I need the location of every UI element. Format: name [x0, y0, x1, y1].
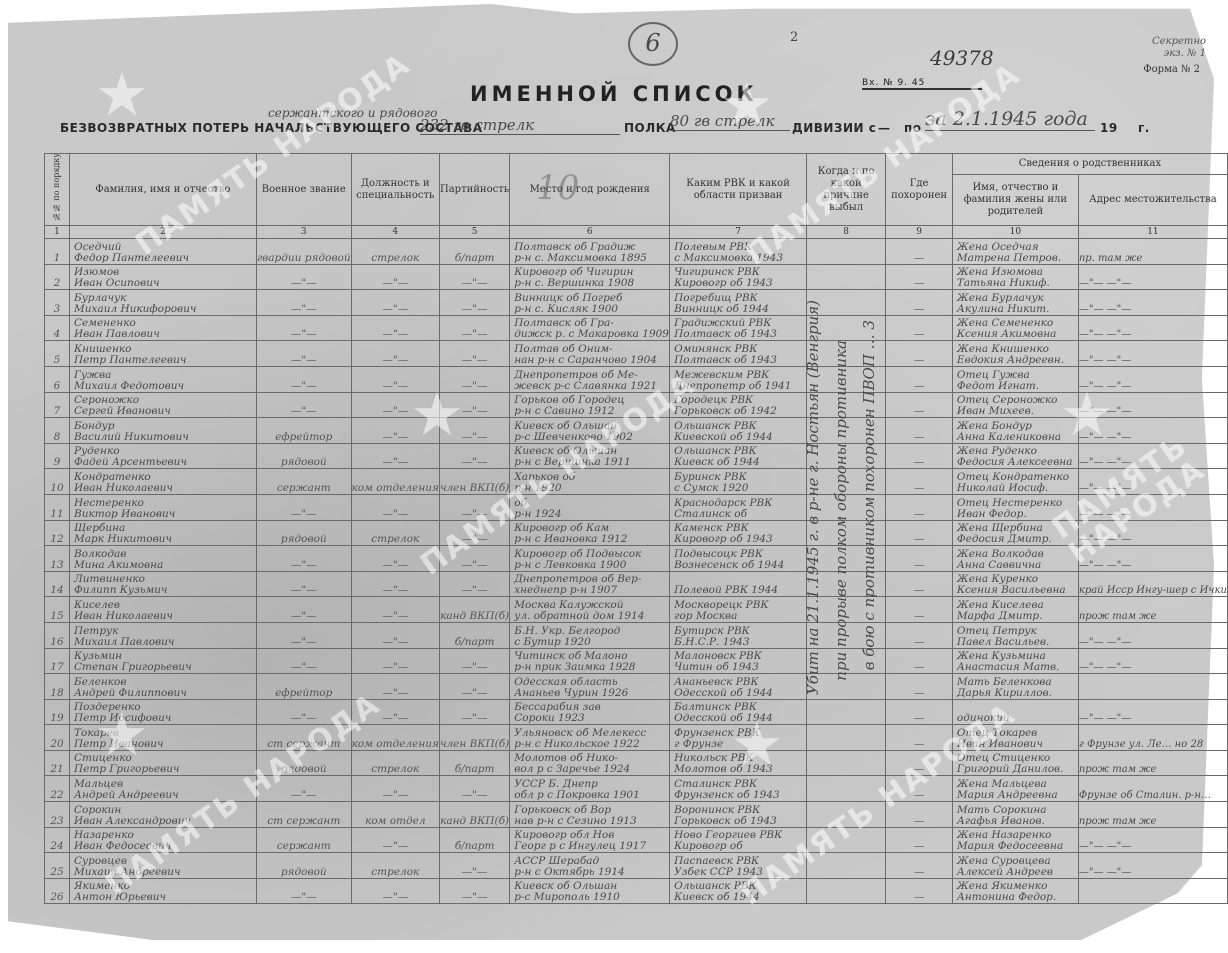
- col-header-birth: Место и год рождения: [510, 154, 670, 226]
- regiment-value: 232 гв стрелк: [420, 116, 620, 135]
- cell-rank: —"—: [256, 494, 351, 520]
- relative-line-2: Григорий Данилов.: [953, 764, 1078, 775]
- cell-number: 4: [45, 315, 70, 341]
- table-row: 26ЯкименкоАнтон Юрьевич—"——"——"—Киевск о…: [45, 878, 1228, 904]
- cell-number: 12: [45, 520, 70, 546]
- cell-party: —"—: [439, 571, 509, 597]
- col-num: 5: [439, 226, 509, 239]
- column-8-rotated-note: Убит на 21.1.1945 г. в р-не г. Ностьян (…: [800, 300, 890, 860]
- cell-number: 10: [45, 469, 70, 495]
- cell-position: ком отделения: [351, 469, 439, 495]
- cell-rvk: Чигиринск РВККировогр об 1943: [670, 264, 807, 290]
- cell-birth: УССР Б. Днепробл р с Покровка 1901: [510, 776, 670, 802]
- rvk-line-2: Кировогр об 1943: [670, 278, 806, 289]
- relative-line-2: Агафья Иванов.: [953, 816, 1078, 827]
- relative-line-2: Анастасия Матв.: [953, 662, 1078, 673]
- relative-line-2: Дарья Кириллов.: [953, 688, 1078, 699]
- rvk-line-2: Фрунзенск об 1943: [670, 790, 806, 801]
- cell-birth: Киевск об Ольшанр-с Мирополь 1910: [510, 878, 670, 904]
- cell-rank: —"—: [256, 546, 351, 572]
- cell-relative: Жена МальцеваМария Андреевна: [952, 776, 1078, 802]
- cell-party: —"—: [439, 264, 509, 290]
- cell-address: —"— —"—: [1078, 341, 1227, 367]
- relative-line-1: Отец Гужва: [953, 370, 1078, 381]
- birth-line-1: Горьковск об Вор: [510, 805, 669, 816]
- cell-address: край Исср Ингу-шер с Ички: [1078, 571, 1227, 597]
- cell-rvk: Подвысоцк РВКВознесенск об 1944: [670, 546, 807, 572]
- relative-line-2: Акулина Никит.: [953, 304, 1078, 315]
- secret-mark-line-1: Секретно: [1152, 36, 1206, 48]
- cell-position: —"—: [351, 290, 439, 316]
- cell-number: 8: [45, 418, 70, 444]
- table-row: 4СемененкоИван Павлович—"——"——"—Полтавск…: [45, 315, 1228, 341]
- cell-rvk: Воронинск РВКГорьковск об 1943: [670, 802, 807, 828]
- birth-line-2: р-с Мирополь 1910: [510, 892, 669, 903]
- secret-mark-line-2: экз. № 1: [1152, 48, 1206, 60]
- col-num: 6: [510, 226, 670, 239]
- cell-when-why: [807, 878, 886, 904]
- cell-birth: Б.Н. Укр. Белгородс Бутир 1920: [510, 622, 670, 648]
- relative-line-1: Мать Сорокина: [953, 805, 1078, 816]
- cell-address: —"— —"—: [1078, 264, 1227, 290]
- division-label: ДИВИЗИИ с: [792, 121, 876, 135]
- cell-party: канд ВКП(б): [439, 802, 509, 828]
- rvk-line-2: гор Москва: [670, 611, 806, 622]
- table-row: 3БурлачукМихаил Никифорович—"——"——"—Винн…: [45, 290, 1228, 316]
- cell-party: б/парт: [439, 750, 509, 776]
- rvk-line-1: Бутирск РВК: [670, 626, 806, 637]
- cell-position: —"—: [351, 264, 439, 290]
- cell-rank: сержант: [256, 827, 351, 853]
- given-name: Василий Никитович: [70, 432, 256, 443]
- table-row: 25СуровцевМихаил Андреевичрядовойстрелок…: [45, 853, 1228, 879]
- given-name: Иван Павлович: [70, 329, 256, 340]
- cell-rvk: Полевой РВК 1944: [670, 571, 807, 597]
- cell-relative: Жена КуренкоКсения Васильевна: [952, 571, 1078, 597]
- surname: Нестеренко: [70, 498, 256, 509]
- cell-rvk: Краснодарск РВКСталинск об: [670, 494, 807, 520]
- surname: Петрук: [70, 626, 256, 637]
- cell-party: —"—: [439, 341, 509, 367]
- cell-rvk: Ольшанск РВККиевск об 1944: [670, 443, 807, 469]
- col-num: 4: [351, 226, 439, 239]
- cell-party: член ВКП(б): [439, 725, 509, 751]
- given-name: Иван Николаевич: [70, 611, 256, 622]
- cell-rank: —"—: [256, 597, 351, 623]
- cell-rank: —"—: [256, 571, 351, 597]
- relative-line-2: Антонина Федор.: [953, 892, 1078, 903]
- cell-rank: —"—: [256, 392, 351, 418]
- secret-mark: Секретно экз. № 1: [1152, 36, 1206, 60]
- birth-line-2: дижск р. с Макаровка 1909: [510, 329, 669, 340]
- col-num: 9: [886, 226, 953, 239]
- table-row: 15КиселевИван Николаевич—"——"—канд ВКП(б…: [45, 597, 1228, 623]
- cell-birth: Горьковск об Ворнав р-н с Сезино 1913: [510, 802, 670, 828]
- cell-rvk: Ольшанск РВККиевской об 1944: [670, 418, 807, 444]
- birth-line-2: хнеднепр р-н 1907: [510, 585, 669, 596]
- cell-name: ГужваМихаил Федотович: [70, 366, 257, 392]
- cell-address: [1078, 878, 1227, 904]
- cell-rank: —"—: [256, 878, 351, 904]
- cell-name: РуденкоФадей Арсентьевич: [70, 443, 257, 469]
- col-num: 1: [45, 226, 70, 239]
- cell-party: —"—: [439, 699, 509, 725]
- birth-line-2: р-н с Левковка 1900: [510, 560, 669, 571]
- cell-position: —"—: [351, 571, 439, 597]
- watermark-star-icon: ★: [1060, 380, 1114, 450]
- cell-rank: —"—: [256, 648, 351, 674]
- given-name: Фадей Арсентьевич: [70, 457, 256, 468]
- cell-party: —"—: [439, 674, 509, 700]
- cell-number: 20: [45, 725, 70, 751]
- rvk-line-2: Читин об 1943: [670, 662, 806, 673]
- cell-relative: Жена СемененкоКсения Акимовна: [952, 315, 1078, 341]
- cell-position: —"—: [351, 341, 439, 367]
- watermark-star-icon: ★: [95, 60, 149, 130]
- cell-name: БеленковАндрей Филиппович: [70, 674, 257, 700]
- cell-rank: —"—: [256, 290, 351, 316]
- cell-position: —"—: [351, 597, 439, 623]
- cell-rank: рядовой: [256, 520, 351, 546]
- cell-buried: —: [886, 264, 953, 290]
- cell-position: —"—: [351, 878, 439, 904]
- cell-number: 17: [45, 648, 70, 674]
- cell-birth: Днепропетров об Ме-жевск р-с Славянка 19…: [510, 366, 670, 392]
- cell-position: стрелок: [351, 750, 439, 776]
- table-row: 14ЛитвиненкоФилипп Кузьмич—"——"——"—Днепр…: [45, 571, 1228, 597]
- cell-birth: Ульяновск об Мелекесср-н с Никольское 19…: [510, 725, 670, 751]
- cell-buried: —: [886, 878, 953, 904]
- cell-rvk: Бутирск РВКБ.Н.С.Р. 1943: [670, 622, 807, 648]
- cell-rank: ефрейтор: [256, 418, 351, 444]
- birth-line-2: Сороки 1923: [510, 713, 669, 724]
- cell-address: пр. там же: [1078, 239, 1227, 265]
- table-row: 5КнишенкоПетр Пантелеевич—"——"——"—Полтав…: [45, 341, 1228, 367]
- table-row: 1ОседчийФедор Пантелеевичгвардии рядовой…: [45, 239, 1228, 265]
- birth-line-2: р-н с. Кисляк 1900: [510, 304, 669, 315]
- birth-line-1: Б.Н. Укр. Белгород: [510, 626, 669, 637]
- note-line-1: Убит на 21.1.1945 г. в р-не г. Ностьян (…: [804, 300, 822, 695]
- cell-birth: Полтав об Оним-нан р-н с Саранчово 1904: [510, 341, 670, 367]
- table-row: 19ПоздеренкоПетр Иосифович—"——"——"—Бесса…: [45, 699, 1228, 725]
- given-name: Михаил Федотович: [70, 381, 256, 392]
- relative-line-2: Татьяна Никиф.: [953, 278, 1078, 289]
- cell-number: 22: [45, 776, 70, 802]
- page-circle-number: 6: [628, 22, 678, 66]
- relative-line-1: Отец Нестеренко: [953, 498, 1078, 509]
- cell-party: —"—: [439, 853, 509, 879]
- birth-line-1: Полтавск об Градиж: [510, 242, 669, 253]
- birth-line-2: жевск р-с Славянка 1921: [510, 381, 669, 392]
- table-row: 6ГужваМихаил Федотович—"——"——"—Днепропет…: [45, 366, 1228, 392]
- cell-buried: —: [886, 853, 953, 879]
- given-name: Андрей Филиппович: [70, 688, 256, 699]
- rvk-line-2: Горьковск об 1943: [670, 816, 806, 827]
- cell-number: 19: [45, 699, 70, 725]
- cell-name: БурлачукМихаил Никифорович: [70, 290, 257, 316]
- document-number: 49378: [930, 46, 994, 70]
- cell-buried: —: [886, 699, 953, 725]
- given-name: Виктор Иванович: [70, 509, 256, 520]
- cell-relative: Жена КнишенкоЕвдокия Андреевн.: [952, 341, 1078, 367]
- cell-buried: —: [886, 469, 953, 495]
- cell-rvk: Малоновск РВКЧитин об 1943: [670, 648, 807, 674]
- cell-address: [1078, 674, 1227, 700]
- rvk-line-2: Киевск об 1944: [670, 892, 806, 903]
- relative-line-2: Николай Иосиф.: [953, 483, 1078, 494]
- cell-birth: Москва Калужскойул. обратной дом 1914: [510, 597, 670, 623]
- cell-buried: —: [886, 239, 953, 265]
- cell-number: 21: [45, 750, 70, 776]
- col-header-relative-name: Имя, отчество и фамилия жены или родител…: [952, 175, 1078, 226]
- cell-rank: ст сержант: [256, 802, 351, 828]
- cell-relative: Жена БурлачукАкулина Никит.: [952, 290, 1078, 316]
- cell-birth: АССР Шерабадр-н с Октябрь 1914: [510, 853, 670, 879]
- cell-rvk: Оминянск РВКПолтавск об 1943: [670, 341, 807, 367]
- cell-buried: —: [886, 392, 953, 418]
- cell-birth: Кировогр об Камр-н с Ивановка 1912: [510, 520, 670, 546]
- cell-birth: Полтавск об Градижр-н с. Максимовка 1895: [510, 239, 670, 265]
- rvk-line-2: с Сумск 1920: [670, 483, 806, 494]
- cell-position: ком отдел: [351, 802, 439, 828]
- birth-line-2: нан р-н с Саранчово 1904: [510, 355, 669, 366]
- cell-address: прож там же: [1078, 597, 1227, 623]
- birth-line-2: нав р-н с Сезино 1913: [510, 816, 669, 827]
- cell-name: СемененкоИван Павлович: [70, 315, 257, 341]
- col-header-number: №№ по порядку: [45, 154, 70, 226]
- rvk-line-2: Киевской об 1944: [670, 432, 806, 443]
- cell-position: —"—: [351, 776, 439, 802]
- cell-relative: Отец ПетрукПавел Васильев.: [952, 622, 1078, 648]
- cell-buried: —: [886, 443, 953, 469]
- given-name: Федор Пантелеевич: [70, 253, 256, 264]
- cell-party: —"—: [439, 878, 509, 904]
- rvk-line-1: Краснодарск РВК: [670, 498, 806, 509]
- cell-address: —"— —"—: [1078, 315, 1227, 341]
- cell-address: —"— —"—: [1078, 290, 1227, 316]
- cell-buried: —: [886, 290, 953, 316]
- cell-position: —"—: [351, 827, 439, 853]
- table-row: 16ПетрукМихаил Павлович—"——"—б/партБ.Н. …: [45, 622, 1228, 648]
- table-row: 10КондратенкоИван Николаевичсержантком о…: [45, 469, 1228, 495]
- cell-name: НестеренкоВиктор Иванович: [70, 494, 257, 520]
- cell-birth: Кировогр обл НовГеорг р с Ингулец 1917: [510, 827, 670, 853]
- cell-relative: Жена СуровцеваАлексей Андреев: [952, 853, 1078, 879]
- cell-name: ПетрукМихаил Павлович: [70, 622, 257, 648]
- watermark-star-icon: ★: [95, 700, 149, 770]
- birth-line-2: вол р с Заречье 1924: [510, 764, 669, 775]
- cell-number: 18: [45, 674, 70, 700]
- cell-relative: Мать СорокинаАгафья Иванов.: [952, 802, 1078, 828]
- cell-birth: Кировогр об Подвысокр-н с Левковка 1900: [510, 546, 670, 572]
- cell-position: —"—: [351, 494, 439, 520]
- cell-buried: —: [886, 571, 953, 597]
- cell-number: 24: [45, 827, 70, 853]
- given-name: Филипп Кузьмич: [70, 585, 256, 596]
- relative-line-2: Алексей Андреев: [953, 867, 1078, 878]
- cell-party: канд ВКП(б): [439, 597, 509, 623]
- regiment-label: ПОЛКА: [624, 121, 676, 135]
- given-name: Иван Осипович: [70, 278, 256, 289]
- relative-line-2: Ксения Васильевна: [953, 585, 1078, 596]
- relative-line-2: Матрена Петров.: [953, 253, 1078, 264]
- rvk-line-2: Полтавск об 1943: [670, 355, 806, 366]
- cell-buried: —: [886, 622, 953, 648]
- cell-party: б/парт: [439, 239, 509, 265]
- cell-number: 16: [45, 622, 70, 648]
- table-row: 20ТокаревПетр Ивановичст сержантком отде…: [45, 725, 1228, 751]
- cell-buried: —: [886, 520, 953, 546]
- relative-line-2: Павел Васильев.: [953, 637, 1078, 648]
- cell-address: прож там же: [1078, 750, 1227, 776]
- cell-rank: —"—: [256, 315, 351, 341]
- cell-birth: Читинск об Малонор-н прик Заимка 1928: [510, 648, 670, 674]
- cell-name: ЯкименкоАнтон Юрьевич: [70, 878, 257, 904]
- birth-line-2: ул. обратной дом 1914: [510, 611, 669, 622]
- col-group-relatives: Сведения о родственниках: [952, 154, 1227, 175]
- cell-party: —"—: [439, 315, 509, 341]
- birth-line-2: р-н с. Максимовка 1895: [510, 253, 669, 264]
- cell-relative: Жена ИзюмоваТатьяна Никиф.: [952, 264, 1078, 290]
- date-from-value: —: [878, 121, 891, 135]
- year-suffix: г.: [1138, 121, 1150, 135]
- cell-rvk: Буринск РВКс Сумск 1920: [670, 469, 807, 495]
- cell-position: стрелок: [351, 853, 439, 879]
- cell-party: —"—: [439, 290, 509, 316]
- given-name: Михаил Никифорович: [70, 304, 256, 315]
- cell-rank: —"—: [256, 264, 351, 290]
- cell-when-why: [807, 239, 886, 265]
- watermark-star-icon: ★: [410, 380, 464, 450]
- year-label: 19: [1100, 121, 1118, 135]
- table-row: 18БеленковАндрей Филипповичефрейтор—"——"…: [45, 674, 1228, 700]
- watermark-star-icon: ★: [720, 70, 774, 140]
- relative-line-1: Отец Петрук: [953, 626, 1078, 637]
- cell-rank: ефрейтор: [256, 674, 351, 700]
- cell-birth: Кировогр об Чигиринр-н с. Вершинка 1908: [510, 264, 670, 290]
- page-number: 2: [790, 30, 798, 45]
- col-num: 11: [1078, 226, 1227, 239]
- cell-relative: Жена ЯкименкоАнтонина Федор.: [952, 878, 1078, 904]
- cell-relative: Жена КиселеваМарфа Дмитр.: [952, 597, 1078, 623]
- cell-rvk: Москворецк РВКгор Москва: [670, 597, 807, 623]
- cell-birth: Одесская областьАнаньев Чурин 1926: [510, 674, 670, 700]
- cell-relative: Отец КондратенкоНиколай Иосиф.: [952, 469, 1078, 495]
- cell-number: 9: [45, 443, 70, 469]
- cell-rank: сержант: [256, 469, 351, 495]
- rvk-line-2: Б.Н.С.Р. 1943: [670, 637, 806, 648]
- cell-party: —"—: [439, 776, 509, 802]
- relative-line-2: Евдокия Андреевн.: [953, 355, 1078, 366]
- cell-buried: —: [886, 546, 953, 572]
- cell-rank: рядовой: [256, 853, 351, 879]
- relative-line-2: Мария Федосеевна: [953, 841, 1078, 852]
- given-name: Сергей Иванович: [70, 406, 256, 417]
- given-name: Петр Пантелеевич: [70, 355, 256, 366]
- cell-rank: —"—: [256, 366, 351, 392]
- cell-number: 26: [45, 878, 70, 904]
- cell-address: —"— —"—: [1078, 827, 1227, 853]
- rvk-line-2: Сталинск об: [670, 509, 806, 520]
- cell-birth: Молотов об Нико-вол р с Заречье 1924: [510, 750, 670, 776]
- rvk-line-1: Воронинск РВК: [670, 805, 806, 816]
- birth-line-1: Днепропетров об Ме-: [510, 370, 669, 381]
- cell-rvk: Погребищ РВКВинницк об 1944: [670, 290, 807, 316]
- cell-position: стрелок: [351, 239, 439, 265]
- cell-buried: —: [886, 494, 953, 520]
- cell-name: КузьминСтепан Григорьевич: [70, 648, 257, 674]
- birth-line-2: р-н прик Заимка 1928: [510, 662, 669, 673]
- birth-line-2: обл р с Покровка 1901: [510, 790, 669, 801]
- cell-position: —"—: [351, 622, 439, 648]
- cell-address: —"— —"—: [1078, 648, 1227, 674]
- cell-name: ВолкодавМина Акимовна: [70, 546, 257, 572]
- given-name: Иван Николаевич: [70, 483, 256, 494]
- rvk-line-2: Одесской об 1944: [670, 688, 806, 699]
- cell-buried: —: [886, 315, 953, 341]
- col-header-address: Адрес местожительства: [1078, 175, 1227, 226]
- cell-position: —"—: [351, 648, 439, 674]
- cell-buried: —: [886, 418, 953, 444]
- cell-rank: —"—: [256, 341, 351, 367]
- col-header-position: Должность и специальность: [351, 154, 439, 226]
- cell-address: —"— —"—: [1078, 699, 1227, 725]
- note-line-3: в бою с противником похоронен ПВОП … 3: [860, 320, 878, 670]
- rvk-line-2: Винницк об 1944: [670, 304, 806, 315]
- form-number: Форма № 2: [1143, 64, 1200, 75]
- cell-party: б/парт: [439, 622, 509, 648]
- cell-relative: Жена КузьминаАнастасия Матв.: [952, 648, 1078, 674]
- cell-name: КиселевИван Николаевич: [70, 597, 257, 623]
- cell-number: 11: [45, 494, 70, 520]
- cell-rvk: Градижский РВКПолтавск об 1943: [670, 315, 807, 341]
- cell-rank: гвардии рядовой: [256, 239, 351, 265]
- cell-buried: —: [886, 648, 953, 674]
- cell-number: 15: [45, 597, 70, 623]
- watermark-star-icon: ★: [730, 710, 784, 780]
- surname: Гужва: [70, 370, 256, 381]
- rvk-line-2: с Максимовка 1943: [670, 253, 806, 264]
- cell-name: ИзюмовИван Осипович: [70, 264, 257, 290]
- cell-position: —"—: [351, 315, 439, 341]
- cell-name: БондурВасилий Никитович: [70, 418, 257, 444]
- rvk-line-2: Вознесенск об 1944: [670, 560, 806, 571]
- cell-buried: —: [886, 674, 953, 700]
- cell-name: ЩербинаМарк Никитович: [70, 520, 257, 546]
- cell-party: —"—: [439, 648, 509, 674]
- cell-rvk: Ананьевск РВКОдесской об 1944: [670, 674, 807, 700]
- birth-line-2: р-н с Никольское 1922: [510, 739, 669, 750]
- cell-relative: Жена ОседчаяМатрена Петров.: [952, 239, 1078, 265]
- rvk-line-2: Горьковск об 1942: [670, 406, 806, 417]
- table-row: 2ИзюмовИван Осипович—"——"——"—Кировогр об…: [45, 264, 1228, 290]
- cell-number: 2: [45, 264, 70, 290]
- cell-birth: Днепропетров об Вер-хнеднепр р-н 1907: [510, 571, 670, 597]
- col-num: 3: [256, 226, 351, 239]
- cell-buried: —: [886, 341, 953, 367]
- table-row: 21СтиценкоПетр Григорьевичрядовойстрелок…: [45, 750, 1228, 776]
- table-row: 24НазаренкоИван Федосеевичсержант—"—б/па…: [45, 827, 1228, 853]
- rvk-line-2: Киевск об 1944: [670, 457, 806, 468]
- birth-line-2: р-н с. Вершинка 1908: [510, 278, 669, 289]
- cell-birth: Бессарабия завСороки 1923: [510, 699, 670, 725]
- birth-line-2: р-н с Ивановка 1912: [510, 534, 669, 545]
- birth-line-2: р-н с Октябрь 1914: [510, 867, 669, 878]
- cell-party: б/парт: [439, 827, 509, 853]
- cell-relative: Жена НазаренкоМария Федосеевна: [952, 827, 1078, 853]
- given-name: Марк Никитович: [70, 534, 256, 545]
- cell-buried: —: [886, 366, 953, 392]
